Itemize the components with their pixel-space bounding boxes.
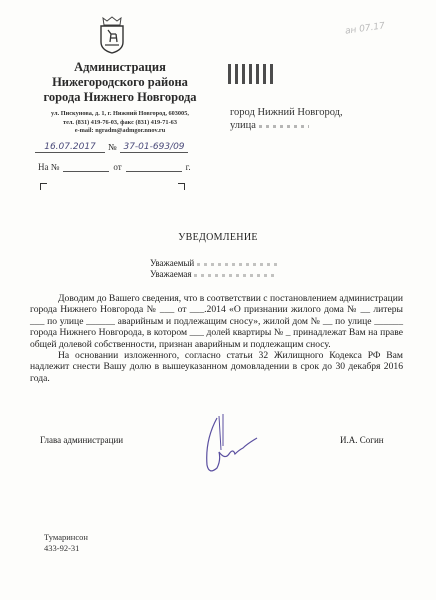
address-line: ул. Пискунова, д. 1, г. Нижний Новгород,… bbox=[20, 110, 220, 119]
recipient-address: город Нижний Новгород, улица bbox=[230, 106, 343, 132]
recipient-street: улица bbox=[230, 120, 256, 131]
corner-mark bbox=[40, 183, 47, 190]
corner-mark bbox=[178, 183, 185, 190]
recipient-city: город Нижний Новгород, bbox=[230, 106, 343, 119]
ref-number-blank bbox=[63, 162, 109, 172]
org-line: города Нижнего Новгорода bbox=[20, 90, 220, 105]
document-title: УВЕДОМЛЕНИЕ bbox=[0, 232, 436, 243]
coat-of-arms-icon bbox=[97, 16, 127, 54]
ref-from: от bbox=[113, 162, 121, 172]
paragraph: На основании изложенного, согласно стать… bbox=[30, 350, 403, 384]
redacted-recipient-name bbox=[228, 64, 274, 84]
signer-name: И.А. Согин bbox=[340, 435, 384, 445]
ref-prefix: На № bbox=[38, 162, 59, 172]
number-label: № bbox=[108, 142, 117, 152]
outgoing-number: 37-01-693/09 bbox=[120, 142, 188, 153]
redacted-name bbox=[194, 274, 274, 277]
document-body: Доводим до Вашего сведения, что в соотве… bbox=[30, 293, 403, 384]
greeting-1: Уважаемый bbox=[150, 258, 194, 268]
pencil-note: ан 07.17 bbox=[344, 21, 385, 36]
org-line: Нижегородского района bbox=[20, 75, 220, 90]
handwritten-signature-icon bbox=[195, 410, 265, 480]
organization-name: Администрация Нижегородского района горо… bbox=[20, 60, 220, 105]
greeting: Уважаемый Уважаемая bbox=[150, 258, 277, 280]
outgoing-date: 16.07.2017 bbox=[35, 142, 105, 153]
paragraph: Доводим до Вашего сведения, что в соотве… bbox=[30, 293, 403, 350]
signer-position: Глава администрации bbox=[40, 435, 123, 445]
ref-date-blank bbox=[126, 162, 182, 172]
executor-name: Тумаринсон bbox=[44, 532, 88, 543]
reference-line: На №отг. bbox=[38, 162, 191, 172]
organization-address: ул. Пискунова, д. 1, г. Нижний Новгород,… bbox=[20, 110, 220, 136]
email-line: e-mail: ngradm@admgor.nnov.ru bbox=[20, 127, 220, 136]
redacted-name bbox=[197, 263, 277, 266]
executor-phone: 433-92-31 bbox=[44, 543, 88, 554]
org-line: Администрация bbox=[20, 60, 220, 75]
executor-info: Тумаринсон 433-92-31 bbox=[44, 532, 88, 554]
address-line: тел. (831) 419-76-03, факс (831) 419-71-… bbox=[20, 119, 220, 128]
greeting-2: Уважаемая bbox=[150, 269, 191, 279]
redacted-street bbox=[259, 125, 309, 128]
ref-suffix: г. bbox=[186, 162, 191, 172]
